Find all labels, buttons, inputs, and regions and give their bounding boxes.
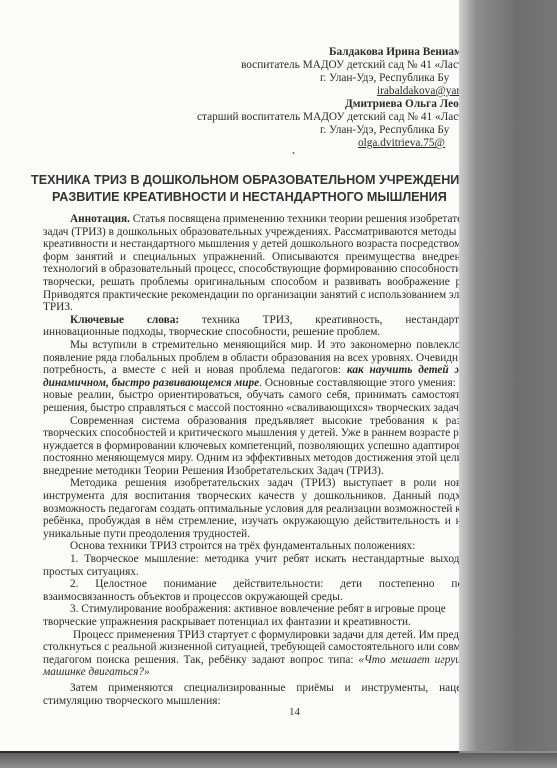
list-item-2: 2. Целостное понимание действительности:… [43, 578, 459, 591]
paragraph-text: потребность, а вместе с ней и новая проб… [43, 364, 347, 376]
abstract-line: ТРИЗ. [43, 301, 459, 314]
abstract-line: креативности и нестандартного мышления у… [43, 238, 459, 251]
list-item-1: 1. Творческое мышление: методика учит ре… [43, 553, 459, 566]
paragraph-line: педагогом поиска решения. Так, ребёнку з… [43, 654, 459, 667]
paragraph-line: ребёнка, пробуждая в нём стремление, изу… [43, 515, 459, 528]
list-item-2-cont: взаимосвязанность объектов и процессов о… [43, 591, 459, 604]
article-body: Аннотация. Статья посвящена применению т… [43, 213, 459, 707]
paragraph-line: стимуляцию творческого мышления: [43, 695, 459, 708]
separator-dot: • [292, 148, 295, 161]
paragraph-line: уникальные пути преодоления трудностей. [43, 528, 459, 541]
quote-text: «Что мешает игруш [358, 654, 459, 666]
author-1-name: Балдакова Ирина Вениамин [329, 46, 459, 59]
article-title: ТЕХНИКА ТРИЗ В ДОШКОЛЬНОМ ОБРАЗОВАТЕЛЬНО… [31, 172, 459, 206]
author-1-position: воспитатель МАДОУ детский сад № 41 «Ласт [241, 59, 459, 72]
abstract-label: Аннотация. [70, 213, 130, 225]
paragraph-line: Современная система образования предъявл… [43, 415, 459, 428]
paragraph-line: нуждается в формировании ключевых компет… [43, 440, 459, 453]
abstract-line: Приводятся практические рекомендации по … [43, 289, 459, 302]
abstract-text: Статья посвящена применению техники теор… [130, 213, 459, 225]
paragraph-text: педагогом поиска решения. Так, ребёнку з… [43, 654, 358, 666]
author-1-city: г. Улан-Удэ, Республика Бу [320, 72, 449, 85]
keywords-text: техника ТРИЗ, креативность, нестандартно… [179, 314, 459, 326]
abstract-line: задач (ТРИЗ) в дошкольных образовательны… [43, 226, 459, 239]
paragraph-line: творческих способностей и критического м… [43, 427, 459, 440]
author-2-city: г. Улан-Удэ, Республика Бу [320, 124, 449, 137]
paragraph-line: внедрение методики Теории Решения Изобре… [43, 465, 459, 478]
paragraph-line: потребность, а вместе с ней и новая проб… [43, 364, 459, 377]
author-2-position: старший воспитатель МАДОУ детский сад № … [197, 111, 459, 124]
paragraph-line: динамичном, быстро развивающемся мире. О… [43, 377, 459, 390]
title-line-2: РАЗВИТИЕ КРЕАТИВНОСТИ И НЕСТАНДАРТНОГО М… [31, 189, 459, 206]
page-bottom-shadow [0, 753, 557, 768]
paragraph-line: Мы вступили в стремительно меняющийся ми… [43, 339, 459, 352]
paragraph-line: инструмента для воспитания творческих ка… [43, 490, 459, 503]
author-2-email[interactable]: olga.dvitrieva.75@ [358, 137, 445, 150]
abstract-line: форм занятий и специальных упражнений. О… [43, 251, 459, 264]
paragraph-line: Процесс применения ТРИЗ стартует с форму… [43, 629, 459, 642]
page-binding-shadow [459, 0, 557, 751]
abstract-line: технологий в образовательный процесс, сп… [43, 263, 459, 276]
paragraph-line: возможность педагогам создать оптимальны… [43, 503, 459, 516]
paragraph-line: машинке двигаться?» [43, 666, 459, 679]
paragraph-line: постоянно меняющемуся миру. Одним из эфф… [43, 452, 459, 465]
paragraph-line: столкнуться с реальной жизненной ситуаци… [43, 641, 459, 654]
paragraph-line: Основа техники ТРИЗ строится на трёх фун… [43, 540, 459, 553]
page-number: 14 [289, 706, 300, 719]
keywords-line-2: инновационные подходы, творческие способ… [43, 326, 459, 339]
document-page: Балдакова Ирина Вениамин воспитатель МАД… [0, 0, 459, 753]
emphasis-text: динамичном, быстро развивающемся мире [43, 377, 259, 389]
abstract-line: творчески, решать проблемы оригинальным … [43, 276, 459, 289]
paragraph-line: Методика решения изобретательских задач … [43, 477, 459, 490]
paragraph-line: Затем применяются специализированные при… [43, 682, 459, 695]
paragraph-line: решения, быстро справляться с массой пос… [43, 402, 459, 415]
list-item-3-cont: творческие упражнения раскрывает потенци… [43, 616, 459, 629]
emphasis-text: как научить детей жи [347, 364, 459, 376]
paragraph-line: новые реалии, быстро ориентироваться, об… [43, 389, 459, 402]
keywords-line: Ключевые слова: техника ТРИЗ, креативнос… [43, 314, 459, 327]
keywords-label: Ключевые слова: [70, 314, 179, 326]
paragraph-text: . Основные составляющие этого умения: по [259, 377, 459, 389]
list-item-1-cont: простых ситуациях. [43, 566, 459, 579]
author-1-email[interactable]: irabaldakova@yan [377, 85, 459, 98]
author-2-name: Дмитриева Ольга Леонид [345, 98, 459, 111]
abstract-first-line: Аннотация. Статья посвящена применению т… [43, 213, 459, 226]
paragraph-line: появление ряда глобальных проблем в обла… [43, 352, 459, 365]
list-item-3: 3. Стимулирование воображения: активное … [43, 603, 459, 616]
title-line-1: ТЕХНИКА ТРИЗ В ДОШКОЛЬНОМ ОБРАЗОВАТЕЛЬНО… [31, 172, 459, 189]
